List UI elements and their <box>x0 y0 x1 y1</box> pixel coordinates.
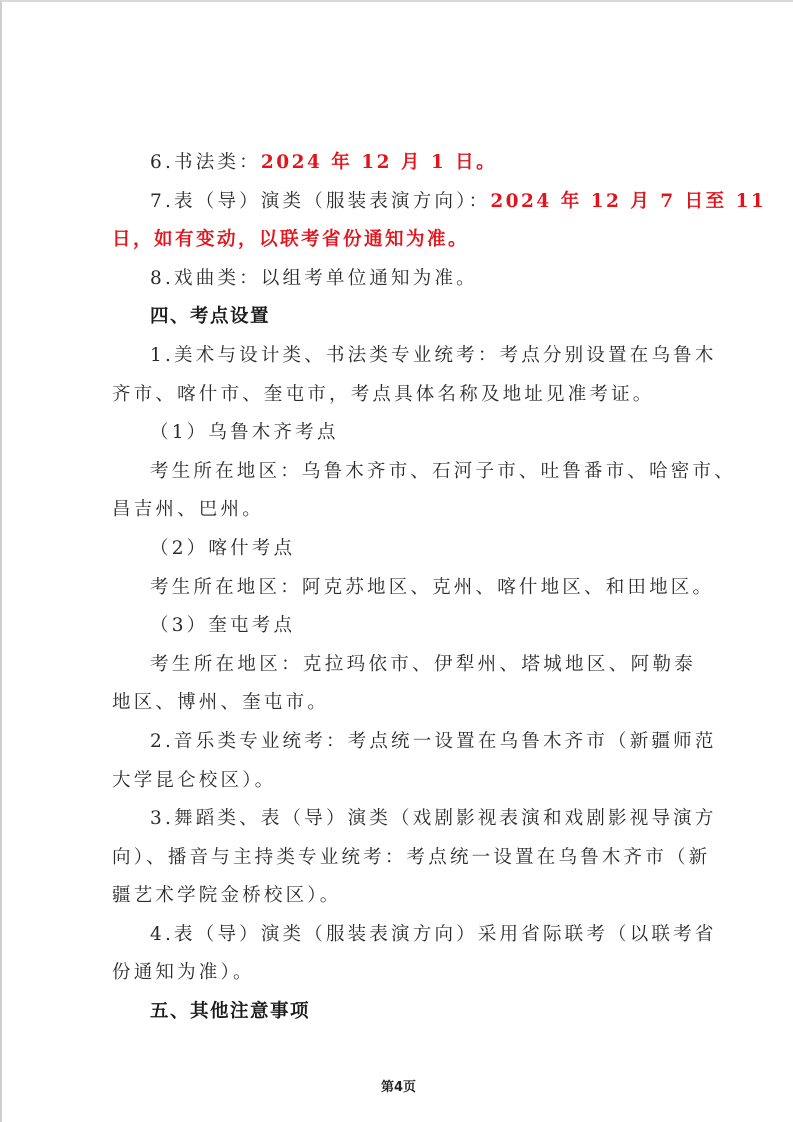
paragraph-text: 考生所在地区：阿克苏地区、克州、喀什地区、和田地区。 <box>112 573 698 612</box>
paragraph-text: 3.舞蹈类、表（导）演类（戏剧影视表演和戏剧影视导演方 <box>112 804 698 843</box>
paragraph-text: 2.音乐类专业统考：考点统一设置在乌鲁木齐市（新疆师范 <box>112 727 698 766</box>
paragraph-text: 疆艺术学院金桥校区）。 <box>112 881 698 920</box>
paragraph-text: 考生所在地区：乌鲁木齐市、石河子市、吐鲁番市、哈密市、 <box>112 457 698 496</box>
paragraph-text: 向）、播音与主持类专业统考：考点统一设置在乌鲁木齐市（新 <box>112 843 698 882</box>
paragraph-text: 大学昆仑校区）。 <box>112 766 698 805</box>
paragraph-text: 4.表（导）演类（服装表演方向）采用省际联考（以联考省 <box>112 920 698 959</box>
text: 6.书法类： <box>150 152 261 173</box>
highlight-date: 2024 年 12 月 1 日。 <box>261 152 497 173</box>
paragraph-text: 1.美术与设计类、书法类专业统考：考点分别设置在乌鲁木 <box>112 341 698 380</box>
highlight-note: 日，如有变动，以联考省份通知为准。 <box>112 229 469 250</box>
section-heading-other-notes: 五、其他注意事项 <box>112 997 698 1036</box>
page-number: 第4页 <box>2 1076 793 1095</box>
paragraph-performance-note: 日，如有变动，以联考省份通知为准。 <box>112 225 698 264</box>
paragraph-text: 考生所在地区：克拉玛依市、伊犁州、塔城地区、阿勒泰 <box>112 650 698 689</box>
paragraph-text: 齐市、喀什市、奎屯市，考点具体名称及地址见准考证。 <box>112 380 698 419</box>
subheading-urumqi: （1）乌鲁木齐考点 <box>112 418 698 457</box>
paragraph-performance-date: 7.表（导）演类（服装表演方向）：2024 年 12 月 7 日至 11 <box>112 187 698 226</box>
paragraph-opera: 8.戏曲类：以组考单位通知为准。 <box>112 264 698 303</box>
paragraph-calligraphy-date: 6.书法类：2024 年 12 月 1 日。 <box>112 148 698 187</box>
paragraph-text: 昌吉州、巴州。 <box>112 495 698 534</box>
section-heading-exam-sites: 四、考点设置 <box>112 302 698 341</box>
document-body: 6.书法类：2024 年 12 月 1 日。 7.表（导）演类（服装表演方向）：… <box>112 148 698 1036</box>
subheading-kuytun: （3）奎屯考点 <box>112 611 698 650</box>
document-page: 6.书法类：2024 年 12 月 1 日。 7.表（导）演类（服装表演方向）：… <box>0 0 793 1122</box>
paragraph-text: 份通知为准）。 <box>112 958 698 997</box>
text: 7.表（导）演类（服装表演方向）： <box>150 191 490 212</box>
highlight-date: 2024 年 12 月 7 日至 11 <box>490 191 766 212</box>
subheading-kashgar: （2）喀什考点 <box>112 534 698 573</box>
paragraph-text: 地区、博州、奎屯市。 <box>112 688 698 727</box>
